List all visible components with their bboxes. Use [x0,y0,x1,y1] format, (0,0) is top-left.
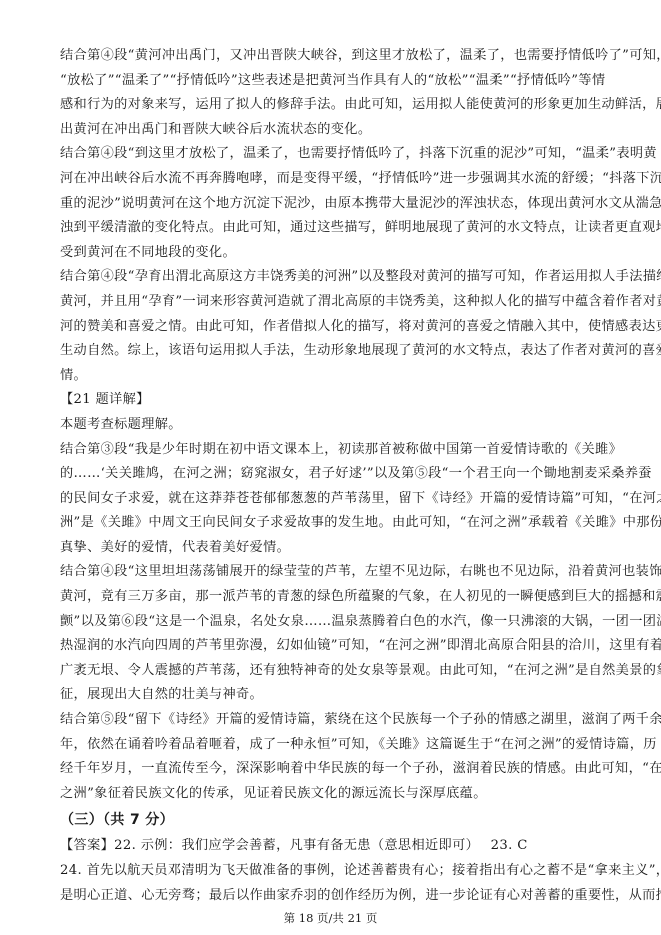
text-line: 本题考查标题理解。 [60,413,605,438]
text-line: 热湿润的水汽向四周的芦苇里弥漫，幻如仙镜”可知，“在河之洲”即渭北高原合阳县的洽… [60,634,605,659]
document-page: 结合第④段“黄河冲出禹门，又冲出晋陕大峡谷，到这里才放松了，温柔了，也需要抒情低… [0,0,661,935]
document-body: 结合第④段“黄河冲出禹门，又冲出晋陕大峡谷，到这里才放松了，温柔了，也需要抒情低… [60,44,605,908]
text-line: 广袤无垠、令人震撼的芦苇荡，还有独特神奇的处女泉等景观。由此可知，“在河之洲”是… [60,659,605,684]
page-number: 第 18 页/共 21 页 [0,910,661,926]
text-line: 洲”是《关雎》中周文王向民间女子求爱故事的发生地。由此可知，“在河之洲”承载着《… [60,511,605,536]
text-line: 重的泥沙”说明黄河在这个地方沉淀下泥沙，由原本携带大量泥沙的浑浊状态，体现出黄河… [60,192,605,217]
text-line: 黄河，竟有三万多亩，那一派芦苇的青葱的绿色所蕴聚的气象，在人初见的一瞬便感到巨大… [60,585,605,610]
text-line: 黄河，并且用“孕育”一词来形容黄河造就了渭北高原的丰饶秀美，这种拟人化的描写中蕴… [60,290,605,315]
text-line: 经千年岁月，一直流传至今，深深影响着中华民族的每一个子孙，滋润着民族的情感。由此… [60,757,605,782]
text-line: 结合第④段“这里坦坦荡荡铺展开的绿莹莹的芦苇，左望不见边际，右眺也不见边际，沿着… [60,560,605,585]
text-line: 河的赞美和喜爱之情。由此可知，作者借拟人化的描写，将对黄河的喜爱之情融入其中，使… [60,315,605,340]
text-line: 年，依然在诵着吟着品着咂着，成了一种永恒”可知，《关雎》这篇诞生于“在河之洲”的… [60,733,605,758]
text-line: 是明心正道、心无旁骛；最后以作曲家乔羽的创作经历为例，进一步论证有心对善蓄的重要… [60,884,605,909]
section-heading: （三）（共 7 分） [60,806,605,834]
text-line: 真挚、美好的爱情，代表着美好爱情。 [60,536,605,561]
text-line: 征，展现出大自然的壮美与神奇。 [60,683,605,708]
text-line: 结合第③段“我是少年时期在初中语文课本上，初读那首被称做中国第一首爱情诗歌的《关… [60,438,605,463]
text-line: 结合第④段“黄河冲出禹门，又冲出晋陕大峡谷，到这里才放松了，温柔了，也需要抒情低… [60,44,605,69]
text-line: 河在冲出峡谷后水流不再奔腾咆哮，而是变得平缓，“抒情低吟”进一步强调其水流的舒缓… [60,167,605,192]
question-21-label: 【21 题详解】 [60,388,605,413]
text-line: 出黄河在冲出禹门和晋陕大峡谷后水流状态的变化。 [60,118,605,143]
text-line: 颤”以及第⑥段“这是一个温泉，名处女泉……温泉蒸腾着白色的水汽，像一只沸滚的大锅… [60,610,605,635]
text-line: 的……‘关关雎鸠，在河之洲；窈窕淑女，君子好逑’”以及第⑤段“一个君王向一个锄地… [60,462,605,487]
text-line: 感和行为的对象来写，运用了拟人的修辞手法。由此可知，运用拟人能使黄河的形象更加生… [60,93,605,118]
text-line: 结合第④段“到这里才放松了，温柔了，也需要抒情低吟了，抖落下沉重的泥沙”可知，“… [60,142,605,167]
text-line: 结合第④段“孕育出渭北高原这方丰饶秀美的河洲”以及整段对黄河的描写可知，作者运用… [60,265,605,290]
text-line: 结合第⑤段“留下《诗经》开篇的爱情诗篇，萦绕在这个民族每一个子孙的情感之湖里，滋… [60,708,605,733]
text-line: 生动自然。综上，该语句运用拟人手法，生动形象地展现了黄河的水文特点，表达了作者对… [60,339,605,364]
text-line: 的民间女子求爱，就在这莽莽苍苍郁郁葱葱的芦苇荡里，留下《诗经》开篇的爱情诗篇”可… [60,487,605,512]
text-line: 24. 首先以航天员邓清明为飞天做准备的事例，论述善蓄贵有心；接着指出有心之蓄不… [60,859,605,884]
text-line: “放松了”“温柔了”“抒情低吟”这些表述是把黄河当作具有人的“放松”“温柔”“抒… [60,69,605,94]
text-line: 浊到平缓清澈的变化特点。由此可知，通过这些描写，鲜明地展现了黄河的水文特点，让读… [60,216,605,241]
answer-line: 【答案】22. 示例：我们应学会善蓄，凡事有备无患（意思相近即可） 23. C [60,834,605,859]
text-line: 之洲”象征着民族文化的传承，见证着民族文化的源远流长与深厚底蕴。 [60,782,605,807]
text-line: 受到黄河在不同地段的变化。 [60,241,605,266]
text-line: 情。 [60,364,605,389]
